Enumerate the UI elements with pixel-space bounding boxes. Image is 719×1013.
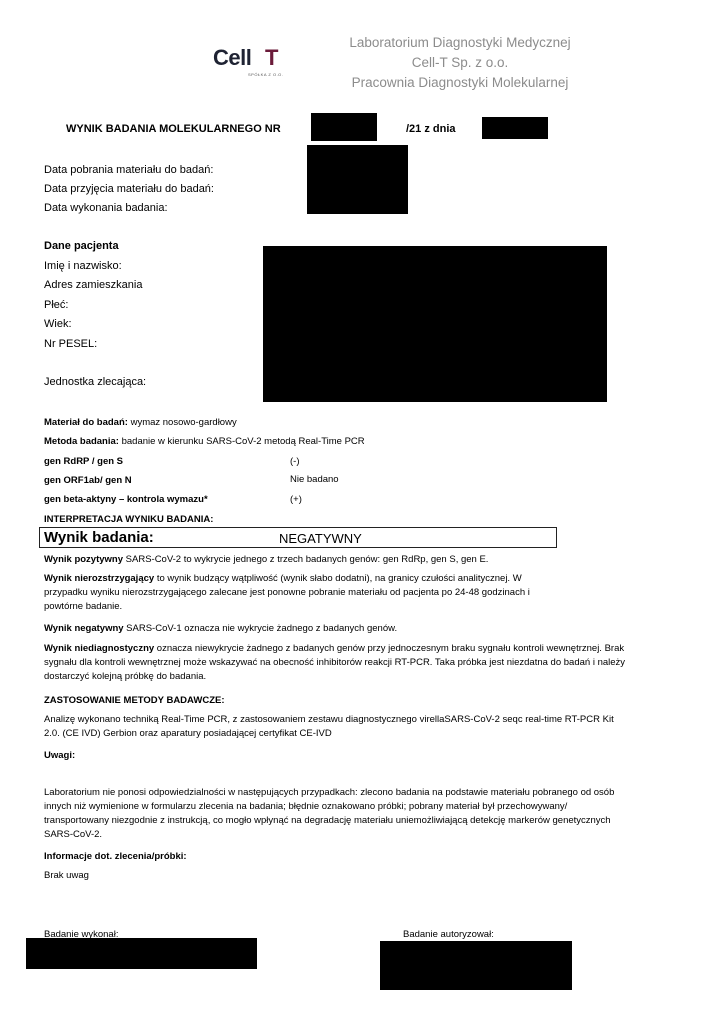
logo-brand-accent: T	[265, 45, 278, 71]
gene-value-orf1ab-n: Nie badano	[290, 474, 339, 485]
definition-nondiagnostic: Wynik niediagnostyczny oznacza niewykryc…	[44, 642, 634, 684]
authorized-by-label: Badanie autoryzował:	[403, 929, 494, 940]
execution-date-label: Data wykonania badania:	[44, 202, 168, 214]
interpretation-heading: INTERPRETACJA WYNIKU BADANIA:	[44, 514, 213, 525]
redacted-performed-by	[26, 938, 257, 969]
lab-header: Laboratorium Diagnostyki Medycznej Cell-…	[330, 33, 590, 93]
definition-inconclusive: Wynik nierozstrzygający to wynik budzący…	[44, 572, 549, 614]
redacted-report-date	[482, 117, 548, 139]
definition-positive: Wynik pozytywny SARS-CoV-2 to wykrycie j…	[44, 553, 604, 567]
patient-address-label: Adres zamieszkania	[44, 279, 142, 291]
redacted-patient-data	[263, 246, 607, 402]
redacted-authorized-by	[380, 941, 572, 990]
definition-negative: Wynik negatywny SARS-CoV-1 oznacza nie w…	[44, 622, 604, 636]
definition-term: Wynik niediagnostyczny	[44, 643, 154, 654]
lab-name: Laboratorium Diagnostyki Medycznej	[330, 33, 590, 53]
gene-value-beta-actin: (+)	[290, 494, 302, 505]
gene-label-rdrp-s: gen RdRP / gen S	[44, 456, 123, 467]
patient-sex-label: Płeć:	[44, 299, 68, 311]
reception-date-label: Data przyjęcia materiału do badań:	[44, 183, 214, 195]
patient-heading: Dane pacjenta	[44, 240, 119, 252]
definition-text: SARS-CoV-1 oznacza nie wykrycie żadnego …	[124, 623, 398, 634]
gene-label-beta-actin: gen beta-aktyny – kontrola wymazu*	[44, 494, 208, 505]
patient-age-label: Wiek:	[44, 318, 72, 330]
gene-label-orf1ab-n: gen ORF1ab/ gen N	[44, 475, 132, 486]
document-title-suffix: /21 z dnia	[406, 123, 456, 135]
redacted-dates	[307, 145, 408, 214]
document-title: WYNIK BADANIA MOLEKULARNEGO NR	[66, 123, 281, 135]
material-value: wymaz nosowo-gardłowy	[128, 417, 237, 428]
lab-department: Pracownia Diagnostyki Molekularnej	[330, 73, 590, 93]
gene-value-rdrp-s: (-)	[290, 456, 300, 467]
patient-pesel-label: Nr PESEL:	[44, 338, 97, 350]
logo-brand-sub: SPÓŁKA Z O.O.	[248, 72, 283, 77]
method-application-heading: ZASTOSOWANIE METODY BADAWCZE:	[44, 695, 225, 706]
logo-brand-main: Cell	[213, 45, 251, 71]
definition-term: Wynik negatywny	[44, 623, 124, 634]
result-value: NEGATYWNY	[279, 531, 362, 546]
disclaimer-text: Laboratorium nie ponosi odpowiedzialnośc…	[44, 786, 624, 842]
patient-name-label: Imię i nazwisko:	[44, 260, 122, 272]
definition-text: SARS-CoV-2 to wykrycie jednego z trzech …	[123, 554, 488, 565]
lab-company: Cell-T Sp. z o.o.	[330, 53, 590, 73]
ordering-unit-label: Jednostka zlecająca:	[44, 376, 146, 388]
method-label: Metoda badania:	[44, 436, 119, 447]
order-info-value: Brak uwag	[44, 870, 89, 881]
remarks-heading: Uwagi:	[44, 750, 75, 761]
result-label: Wynik badania:	[44, 529, 154, 546]
method-application-text: Analizę wykonano techniką Real-Time PCR,…	[44, 713, 614, 741]
definition-term: Wynik nierozstrzygający	[44, 573, 154, 584]
definition-term: Wynik pozytywny	[44, 554, 123, 565]
material-label: Materiał do badań:	[44, 417, 128, 428]
material-row: Materiał do badań: wymaz nosowo-gardłowy	[44, 417, 237, 428]
collection-date-label: Data pobrania materiału do badań:	[44, 164, 213, 176]
result-box: Wynik badania: NEGATYWNY	[39, 527, 557, 548]
redacted-report-number	[311, 113, 377, 141]
method-value: badanie w kierunku SARS-CoV-2 metodą Rea…	[119, 436, 365, 447]
company-logo: Cell T SPÓŁKA Z O.O.	[213, 45, 293, 81]
method-row: Metoda badania: badanie w kierunku SARS-…	[44, 436, 365, 447]
order-info-heading: Informacje dot. zlecenia/próbki:	[44, 851, 187, 862]
